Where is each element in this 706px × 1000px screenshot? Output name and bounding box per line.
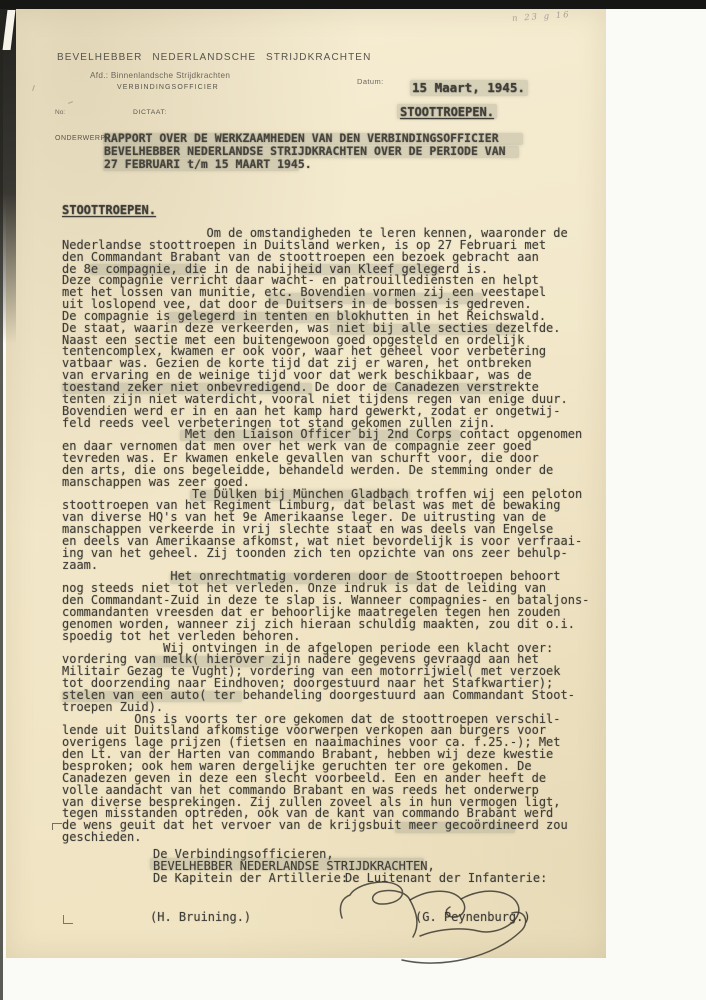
scanned-document-page: n 23 g 16 BEVELHEBBER NEDERLANDSCHE STRI… xyxy=(0,0,706,1000)
closing-left-title: De Kapitein der Artillerie: xyxy=(153,871,348,885)
scan-top-edge xyxy=(0,0,706,9)
closing-left-name: (H. Bruining.) xyxy=(150,910,251,924)
letterhead-organization: BEVELHEBBER NEDERLANDSCHE STRIJDKRACHTEN xyxy=(57,52,371,63)
number-label: No: xyxy=(55,109,65,116)
pencil-corner-mark-bottom xyxy=(63,915,73,924)
body-line: ing van het geheel. Zij toonden zich ten… xyxy=(62,548,589,560)
pencil-corner-mark xyxy=(52,823,62,830)
scan-left-edge-line xyxy=(0,9,3,1000)
date-value: 15 Maart, 1945. xyxy=(412,80,525,95)
body-paragraphs: Om de omstandigheden te leren kennen, wa… xyxy=(62,228,589,844)
dictaat-label: DICTAAT: xyxy=(133,109,167,116)
date-label: Datum: xyxy=(357,77,384,86)
body-line: geschieden. xyxy=(62,832,589,844)
ink-signature xyxy=(336,876,546,968)
letterhead-role: VERBINDINGSOFFICIER xyxy=(117,84,219,91)
body-heading: STOOTTROEPEN. xyxy=(62,203,156,217)
subject-line: 27 FEBRUARI t/m 15 MAART 1945. xyxy=(104,158,506,171)
body-line: de wens geuit dat het vervoer van de kri… xyxy=(62,820,589,832)
keyword-stoottroepen: STOOTTROEPEN. xyxy=(400,105,494,119)
subject-label: ONDERWERP: xyxy=(55,135,108,142)
subject-lines: RAPPORT OVER DE WERKZAAMHEDEN VAN DEN VE… xyxy=(104,132,506,172)
letterhead-department: Afd.: Binnenlandsche Strijdkrachten xyxy=(90,71,230,80)
